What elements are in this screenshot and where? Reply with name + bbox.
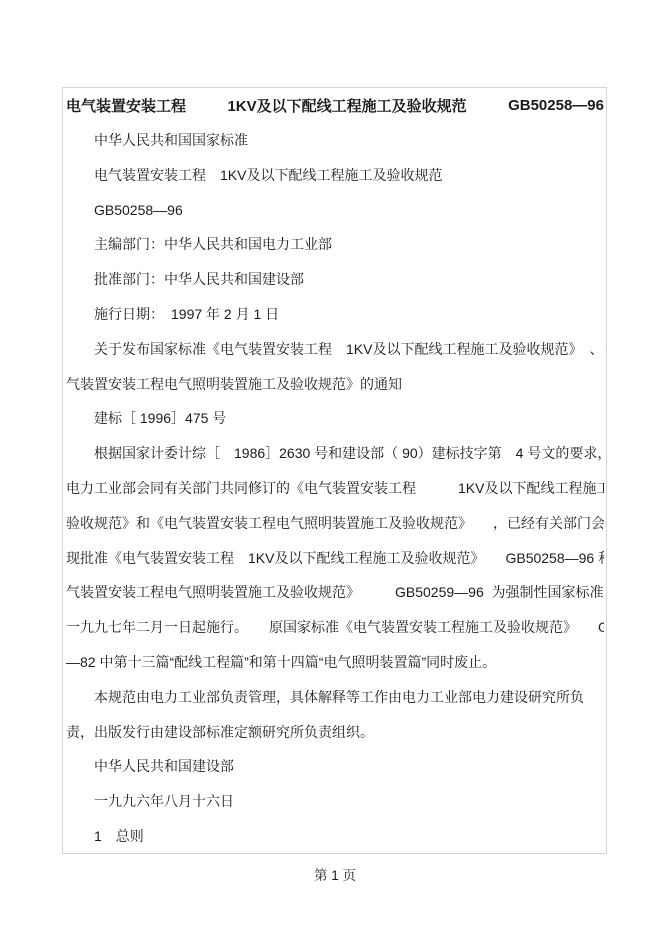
doc-line: 本规范由电力工业部负责管理，具体解释等工作由电力工业部电力建设研究所负 xyxy=(66,680,604,715)
doc-line: 验收规范》和《电气装置安装工程电气照明装置施工及验收规范》 ，已经有关部门会审。 xyxy=(66,506,604,541)
page-number: 第 1 页 xyxy=(0,866,670,886)
doc-line: 关于发布国家标准《电气装置安装工程 1KV及以下配线工程施工及验收规范》 、《电 xyxy=(66,332,604,367)
doc-line: 根据国家计委计综［ 1986］2630 号和建设部（ 90）建标技字第 4 号文… xyxy=(66,436,604,471)
doc-line: GB50258—96 xyxy=(66,193,604,228)
doc-line: 电气装置安装工程 1KV及以下配线工程施工及验收规范 xyxy=(66,158,604,193)
doc-line: 一九九七年二月一日起施行。 原国家标准《电气装置安装工程施工及验收规范》 GBJ… xyxy=(66,610,604,645)
doc-line: 责，出版发行由建设部标准定额研究所负责组织。 xyxy=(66,715,604,750)
doc-line: 气装置安装工程电气照明装置施工及验收规范》 GB50259—96 为强制性国家标… xyxy=(66,575,604,610)
doc-line: 建标［ 1996］475 号 xyxy=(66,401,604,436)
doc-title-code: GB50258—96 xyxy=(508,97,604,114)
doc-line: 现批准《电气装置安装工程 1KV及以下配线工程施工及验收规范》 GB50258—… xyxy=(66,541,604,576)
doc-title-name: 电气装置安装工程 xyxy=(66,95,186,116)
doc-line: 1 总则 xyxy=(66,819,604,854)
doc-line: 施行日期： 1997 年 2 月 1 日 xyxy=(66,297,604,332)
doc-line: 中华人民共和国建设部 xyxy=(66,749,604,784)
doc-line: 批准部门：中华人民共和国建设部 xyxy=(66,262,604,297)
doc-title-subject: 1KV及以下配线工程施工及验收规范 xyxy=(227,95,466,116)
doc-line: —82 中第十三篇“配线工程篇”和第十四篇“电气照明装置篇”同时废止。 xyxy=(66,645,604,680)
doc-line: 主编部门：中华人民共和国电力工业部 xyxy=(66,227,604,262)
doc-line: 一九九六年八月十六日 xyxy=(66,784,604,819)
document-title: 电气装置安装工程 1KV及以下配线工程施工及验收规范 GB50258—96 xyxy=(66,88,604,123)
doc-line: 电力工业部会同有关部门共同修订的《电气装置安装工程 1KV及以下配线工程施工及 xyxy=(66,471,604,506)
document-page: 电气装置安装工程 1KV及以下配线工程施工及验收规范 GB50258—96 中华… xyxy=(62,87,607,854)
doc-line: 气装置安装工程电气照明装置施工及验收规范》的通知 xyxy=(66,367,604,402)
doc-line: 中华人民共和国国家标准 xyxy=(66,123,604,158)
